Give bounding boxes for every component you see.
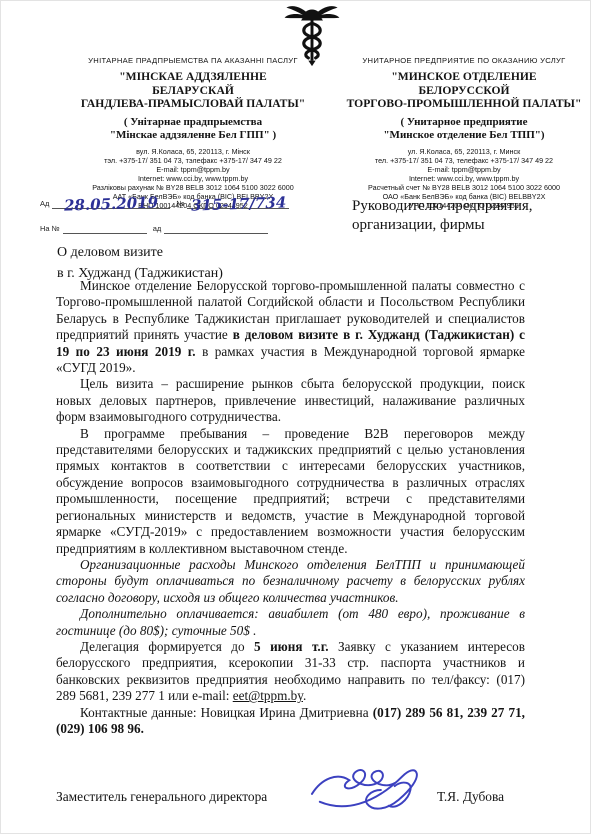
bank-account-line: Разліковы рахунак № BY28 BELB 3012 1064 …: [46, 183, 340, 192]
paragraph-extra-costs: Дополнительно оплачивается: авиабилет (о…: [56, 606, 525, 639]
date-field: 28.05.2019: [52, 194, 170, 209]
org-name-line: "МИНСКОЕ ОТДЕЛЕНИЕ: [340, 70, 588, 84]
address-line: вул. Я.Коласа, 65, 220113, г. Мінск: [46, 147, 340, 156]
website-line: Internet: www.cci.by, www.tppm.by: [46, 174, 340, 183]
org-name: "МИНСКОЕ ОТДЕЛЕНИЕ БЕЛОРУССКОЙ ТОРГОВО-П…: [340, 70, 588, 111]
date-label: Ад: [40, 199, 52, 209]
paragraph-purpose: Цель визита – расширение рынков сбыта бе…: [56, 376, 525, 425]
bank-account-line: Расчетный счет № BY28 BELB 3012 1064 510…: [340, 183, 588, 192]
addressee-block: Руководителю предприятия, организации, ф…: [352, 197, 584, 235]
org-name-line: ГАНДЛЕВА-ПРАМЫСЛОВАЙ ПАЛАТЫ": [46, 97, 340, 111]
handwritten-number: 315-17/734: [191, 193, 287, 214]
paragraph-invitation: Минское отделение Белорусской торгово-пр…: [56, 278, 525, 376]
outgoing-ref-row: Ад 28.05.2019 № 315-17/734: [40, 194, 330, 209]
org-alt-line: ( Унитарное предприятие: [340, 116, 588, 129]
number-field: 315-17/734: [187, 194, 289, 209]
addressee-line: организации, фирмы: [352, 216, 584, 235]
email-line: E-mail: tppm@tppm.by: [46, 165, 340, 174]
phone-line: тел. +375-17/ 351 04 73, телефакс +375-1…: [340, 156, 588, 165]
signer-position: Заместитель генерального директора: [56, 789, 267, 805]
org-name: "МІНСКАЕ АДДЗЯЛЕННЕ БЕЛАРУСКАЙ ГАНДЛЕВА-…: [46, 70, 340, 111]
paragraph-costs: Организационные расходы Минского отделен…: [56, 557, 525, 606]
org-alt-line: "Мінскае аддзяленне Бел ГПП" ): [46, 129, 340, 142]
incoming-number-label: На №: [40, 224, 63, 234]
org-type-label: УНИТАРНОЕ ПРЕДПРИЯТИЕ ПО ОКАЗАНИЮ УСЛУГ: [340, 56, 588, 65]
number-label: №: [170, 199, 187, 209]
subject-line: О деловом визите: [57, 242, 357, 263]
org-alt-name: ( Унітарнае прадпрыемства "Мінскае аддзя…: [46, 116, 340, 142]
org-type-label: УНІТАРНАЕ ПРАДПРЫЕМСТВА ПА АКАЗАННІ ПАСЛ…: [46, 56, 340, 65]
letterhead-right: УНИТАРНОЕ ПРЕДПРИЯТИЕ ПО ОКАЗАНИЮ УСЛУГ …: [340, 56, 588, 210]
letterhead-left: УНІТАРНАЕ ПРАДПРЫЕМСТВА ПА АКАЗАННІ ПАСЛ…: [46, 56, 340, 210]
org-alt-line: ( Унітарнае прадпрыемства: [46, 116, 340, 129]
org-name-line: БЕЛАРУСКАЙ: [46, 84, 340, 98]
letter-body: Минское отделение Белорусской торгово-пр…: [56, 278, 525, 737]
org-alt-line: "Минское отделение Бел ТПП"): [340, 129, 588, 142]
reference-block: Ад 28.05.2019 № 315-17/734 На № ад: [40, 194, 330, 244]
paragraph-application: Делегация формируется до 5 июня т.г. Зая…: [56, 639, 525, 705]
incoming-ref-row: На № ад: [40, 219, 330, 234]
incoming-number-field: [63, 219, 147, 234]
address-line: ул. Я.Коласа, 65, 220113, г. Минск: [340, 147, 588, 156]
website-line: Internet: www.cci.by, www.tppm.by: [340, 174, 588, 183]
org-alt-name: ( Унитарное предприятие "Минское отделен…: [340, 116, 588, 142]
incoming-date-label: ад: [147, 224, 165, 234]
email-line: E-mail: tppm@tppm.by: [340, 165, 588, 174]
paragraph-program: В программе пребывания – проведение В2В …: [56, 426, 525, 557]
addressee-line: Руководителю предприятия,: [352, 197, 584, 216]
handwritten-date: 28.05.2019: [64, 193, 159, 214]
scanned-letter-page: УНІТАРНАЕ ПРАДПРЫЕМСТВА ПА АКАЗАННІ ПАСЛ…: [0, 0, 591, 834]
phone-line: тэл. +375-17/ 351 04 73, тэлефакс +375-1…: [46, 156, 340, 165]
org-name-line: "МІНСКАЕ АДДЗЯЛЕННЕ: [46, 70, 340, 84]
incoming-date-field: [164, 219, 268, 234]
org-name-line: БЕЛОРУССКОЙ: [340, 84, 588, 98]
org-name-line: ТОРГОВО-ПРОМЫШЛЕННОЙ ПАЛАТЫ": [340, 97, 588, 111]
handwritten-signature-icon: [308, 760, 436, 818]
paragraph-contacts: Контактные данные: Новицкая Ирина Дмитри…: [56, 705, 525, 738]
signer-name: Т.Я. Дубова: [437, 789, 504, 805]
